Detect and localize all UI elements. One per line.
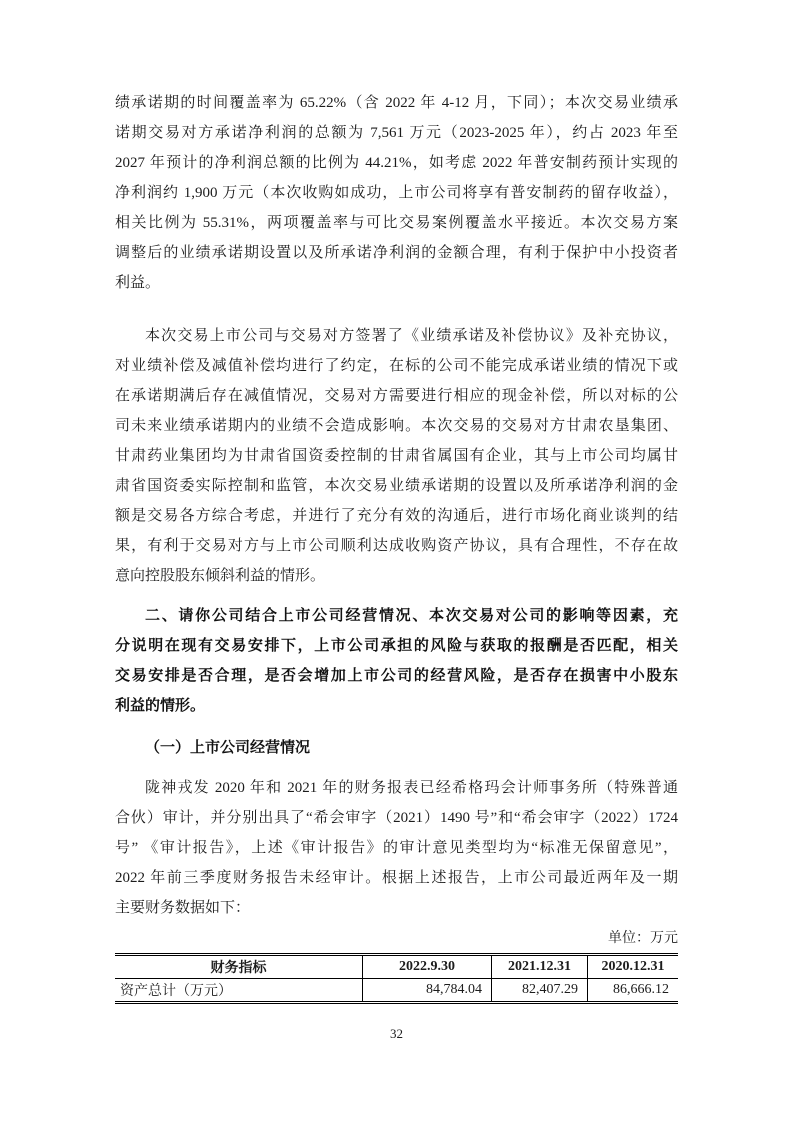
text-line: 诺期交易对方承诺净利润的总额为 7,561 万元（2023-2025 年），约占… [115,118,678,148]
text-line: 调整后的业绩承诺期设置以及所承诺净利润的金额合理，有利于保护中小投资者 [115,238,678,268]
text-line: 在承诺期满后存在减值情况，交易对方需要进行相应的现金补偿，所以对标的公 [115,381,678,411]
text-line: 二、请你公司结合上市公司经营情况、本次交易对公司的影响等因素，充 [115,601,678,631]
text-line: 利益。 [115,268,678,298]
heading-block: （一）上市公司经营情况 [115,733,678,763]
financial-table: 财务指标2022.9.302021.12.312020.12.31 资产总计（万… [115,953,678,1004]
text-line: 甘肃药业集团均为甘肃省国资委控制的甘肃省属国有企业，其与上市公司均属甘 [115,441,678,471]
table-indicator-cell: 资产总计（万元） [115,979,363,1001]
heading-block: 二、请你公司结合上市公司经营情况、本次交易对公司的影响等因素，充分说明在现有交易… [115,601,678,721]
text-line: 绩承诺期的时间覆盖率为 65.22%（含 2022 年 4-12 月，下同）；本… [115,88,678,118]
table-value-cell: 82,407.29 [492,979,588,1001]
text-line: 果，有利于交易对方与上市公司顺利达成收购资产协议，具有合理性，不存在故 [115,531,678,561]
text-line: 相关比例为 55.31%，两项覆盖率与可比交易案例覆盖水平接近。本次交易方案 [115,208,678,238]
text-line: 本次交易上市公司与交易对方签署了《业绩承诺及补偿协议》及补充协议， [115,321,678,351]
text-line: 意向控股股东倾斜利益的情形。 [115,561,678,591]
text-line: 肃省国资委实际控制和监管，本次交易业绩承诺期的设置以及所承诺净利润的金 [115,471,678,501]
text-line: 分说明在现有交易安排下，上市公司承担的风险与获取的报酬是否匹配，相关 [115,631,678,661]
paragraph-block: 本次交易上市公司与交易对方签署了《业绩承诺及补偿协议》及补充协议，对业绩补偿及减… [115,321,678,591]
table-header-cell: 2021.12.31 [492,956,588,979]
text-line: 对业绩补偿及减值补偿均进行了约定，在标的公司不能完成承诺业绩的情况下或 [115,351,678,381]
table-unit-label: 单位：万元 [115,928,678,950]
text-line: 陇神戎发 2020 年和 2021 年的财务报表已经希格玛会计师事务所（特殊普通 [115,773,678,803]
text-line: 利益的情形。 [115,691,678,721]
text-line: 2022 年前三季度财务报告未经审计。根据上述报告，上市公司最近两年及一期 [115,863,678,893]
table-header-cell: 2020.12.31 [588,956,678,979]
table-header-cell: 2022.9.30 [363,956,492,979]
document-blocks: 绩承诺期的时间覆盖率为 65.22%（含 2022 年 4-12 月，下同）；本… [115,88,678,923]
text-line: 净利润约 1,900 万元（本次收购如成功，上市公司将享有普安制药的留存收益）， [115,178,678,208]
paragraph-block: 陇神戎发 2020 年和 2021 年的财务报表已经希格玛会计师事务所（特殊普通… [115,773,678,923]
financial-table-header: 财务指标2022.9.302021.12.312020.12.31 [115,956,678,979]
table-header-cell: 财务指标 [115,956,363,979]
document-content: 绩承诺期的时间覆盖率为 65.22%（含 2022 年 4-12 月，下同）；本… [115,88,678,1004]
text-line: 主要财务数据如下： [115,893,678,923]
table-header-row: 财务指标2022.9.302021.12.312020.12.31 [115,956,678,979]
text-line: 交易安排是否合理，是否会增加上市公司的经营风险，是否存在损害中小股东 [115,661,678,691]
text-line: 2027 年预计的净利润总额的比例为 44.21%，如考虑 2022 年普安制药… [115,148,678,178]
paragraph-block: 绩承诺期的时间覆盖率为 65.22%（含 2022 年 4-12 月，下同）；本… [115,88,678,298]
text-line: 合伙）审计，并分别出具了“希会审字（2021）1490 号”和“希会审字（202… [115,803,678,833]
table-value-cell: 84,784.04 [363,979,492,1001]
page-number: 32 [0,1025,793,1043]
table-value-cell: 86,666.12 [588,979,678,1001]
document-page: { "document": { "blocks": [ { "kind": "p… [0,0,793,1122]
text-line: （一）上市公司经营情况 [115,733,678,763]
text-line: 额是交易各方综合考虑，并进行了充分有效的沟通后，进行市场化商业谈判的结 [115,501,678,531]
table-data-row: 资产总计（万元）84,784.0482,407.2986,666.12 [115,979,678,1001]
text-line: 号” 《审计报告》，上述《审计报告》的审计意见类型均为“标准无保留意见”， [115,833,678,863]
text-line: 司未来业绩承诺期内的业绩不会造成影响。本次交易的交易对方甘肃农垦集团、 [115,411,678,441]
financial-table-body: 资产总计（万元）84,784.0482,407.2986,666.12 [115,979,678,1001]
